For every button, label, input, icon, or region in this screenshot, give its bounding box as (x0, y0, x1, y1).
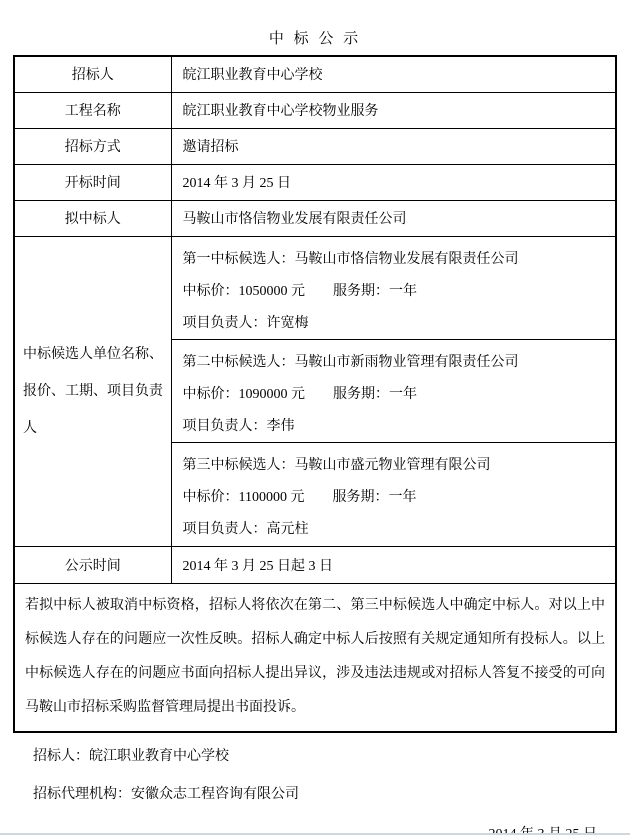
table-row-notice: 若拟中标人被取消中标资格，招标人将依次在第二、第三中标候选人中确定中标人。对以上… (14, 583, 616, 732)
row-value-tenderer: 皖江职业教育中心学校 (171, 56, 616, 92)
row-label-publicity-time: 公示时间 (14, 546, 171, 583)
table-row-tenderer: 招标人 皖江职业教育中心学校 (14, 56, 616, 92)
candidates-label: 中标候选人单位名称、报价、工期、项目负责人 (14, 236, 171, 546)
row-value-proposed-winner: 马鞍山市恪信物业发展有限责任公司 (171, 200, 616, 236)
row-label-project-name: 工程名称 (14, 92, 171, 128)
footer-tenderer-line: 招标人：皖江职业教育中心学校 (33, 747, 630, 767)
row-label-open-time: 开标时间 (14, 164, 171, 200)
table-row-publicity-time: 公示时间 2014 年 3 月 25 日起 3 日 (14, 546, 616, 583)
row-label-bid-method: 招标方式 (14, 128, 171, 164)
candidate-1-price-line: 中标价：1050000 元 服务期：一年 (183, 276, 608, 308)
table-row-bid-method: 招标方式 邀请招标 (14, 128, 616, 164)
bid-announcement-table: 招标人 皖江职业教育中心学校 工程名称 皖江职业教育中心学校物业服务 招标方式 … (13, 55, 617, 733)
footer: 招标人：皖江职业教育中心学校 招标代理机构：安徽众志工程咨询有限公司 (33, 747, 630, 805)
row-value-publicity-time: 2014 年 3 月 25 日起 3 日 (171, 546, 616, 583)
candidate-2-manager-line: 项目负责人：李伟 (183, 411, 608, 443)
page-title: 中 标 公 示 (0, 0, 630, 48)
row-label-tenderer: 招标人 (14, 56, 171, 92)
row-value-project-name: 皖江职业教育中心学校物业服务 (171, 92, 616, 128)
candidate-3-name-line: 第三中标候选人：马鞍山市盛元物业管理有限公司 (183, 450, 608, 482)
notice-paragraph: 若拟中标人被取消中标资格，招标人将依次在第二、第三中标候选人中确定中标人。对以上… (14, 583, 616, 732)
candidate-block-3: 第三中标候选人：马鞍山市盛元物业管理有限公司 中标价：1100000 元 服务期… (172, 443, 616, 546)
candidate-3-manager-line: 项目负责人：高元柱 (183, 514, 608, 546)
row-label-proposed-winner: 拟中标人 (14, 200, 171, 236)
candidate-block-1: 第一中标候选人：马鞍山市恪信物业发展有限责任公司 中标价：1050000 元 服… (172, 237, 616, 340)
candidate-block-2: 第二中标候选人：马鞍山市新雨物业管理有限责任公司 中标价：1090000 元 服… (172, 340, 616, 443)
table-row-project-name: 工程名称 皖江职业教育中心学校物业服务 (14, 92, 616, 128)
candidate-2-name-line: 第二中标候选人：马鞍山市新雨物业管理有限责任公司 (183, 347, 608, 379)
row-value-open-time: 2014 年 3 月 25 日 (171, 164, 616, 200)
candidate-2-price-line: 中标价：1090000 元 服务期：一年 (183, 379, 608, 411)
candidate-1-manager-line: 项目负责人：许宽梅 (183, 308, 608, 340)
table-row-candidates: 中标候选人单位名称、报价、工期、项目负责人 第一中标候选人：马鞍山市恪信物业发展… (14, 236, 616, 546)
candidate-3-price-line: 中标价：1100000 元 服务期：一年 (183, 482, 608, 514)
table-row-open-time: 开标时间 2014 年 3 月 25 日 (14, 164, 616, 200)
footer-agency-line: 招标代理机构：安徽众志工程咨询有限公司 (33, 785, 630, 805)
table-row-proposed-winner: 拟中标人 马鞍山市恪信物业发展有限责任公司 (14, 200, 616, 236)
row-value-bid-method: 邀请招标 (171, 128, 616, 164)
candidates-cell: 第一中标候选人：马鞍山市恪信物业发展有限责任公司 中标价：1050000 元 服… (171, 236, 616, 546)
candidate-1-name-line: 第一中标候选人：马鞍山市恪信物业发展有限责任公司 (183, 244, 608, 276)
